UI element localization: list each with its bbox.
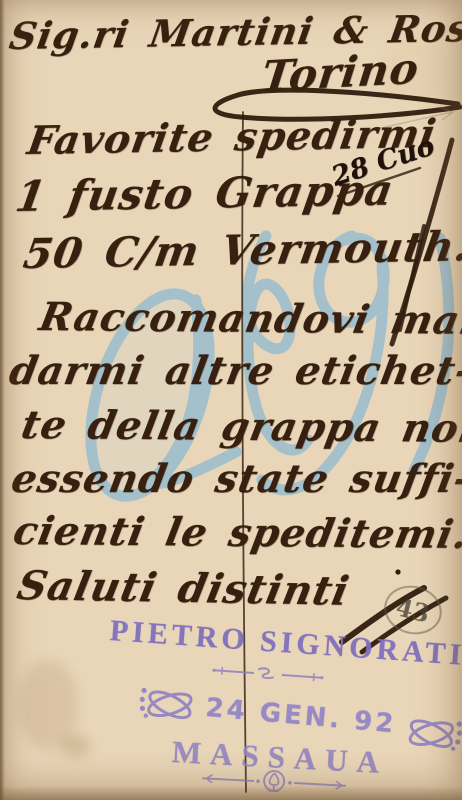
handwriting-line: 50 C/m Vermouth. [20,222,462,278]
date-stamp-text: 24 GEN. 92 [204,693,397,740]
postcard-scan: Sig.ri Martini & Rossi Torino Favorite s… [0,0,462,800]
pencil-number-label: 43 [393,592,432,628]
handwriting-line: essendo state suffi- [8,456,462,502]
handwriting-line: te della grappa non [18,402,462,452]
date-stamp-left-ornament-icon [136,682,197,727]
paper-stain [60,735,90,757]
worn-left-edge [0,0,5,800]
handwriting-line: Raccomandovi man- [36,294,462,344]
handwriting-line: darmi altre etichet- [6,348,462,394]
handwriting-line: cienti le speditemi. [10,508,462,558]
stamp-divider-ornament-icon [212,660,325,686]
handwriting-line: Saluti distinti [13,562,353,615]
pencil-circled-number: 43 [379,580,447,641]
paper-stain [18,660,78,750]
date-stamp-right-ornament-icon [404,712,462,757]
handwriting-line: Torino [259,44,422,102]
